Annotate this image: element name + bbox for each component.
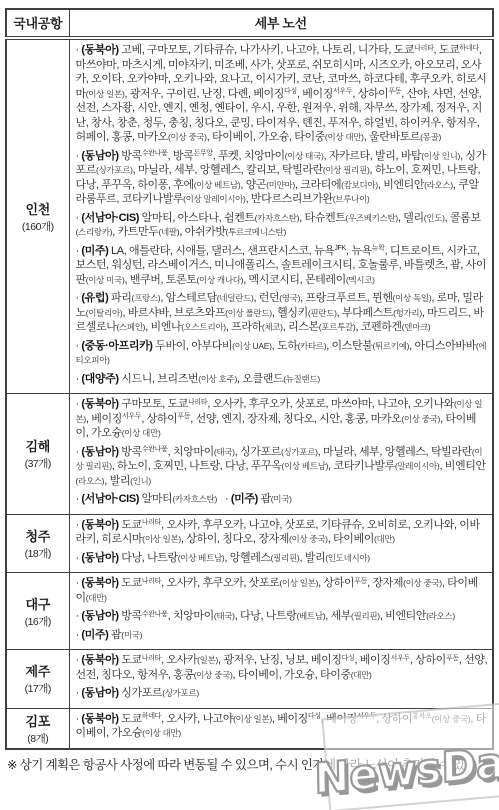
route-line: · (서남아·CIS) 알마티, 아스타나, 쉼켄트(카자흐스탄), 타슈켄트(… [76,211,489,240]
header-row: 국내공항 세부 노선 [6,9,493,38]
table-row: 인천(160개)· (동북아) 고베, 구마모토, 기타큐슈, 나가사키, 나고… [6,38,493,394]
airport-route-count: (160개) [8,219,68,234]
route-line: · (서남아·CIS) 알마티(카자흐스탄) · (미주) 괌(미국) [76,492,489,507]
route-line: · (미주) LA, 애틀란타, 시애틀, 댈러스, 샌프란시스코, 뉴욕JFK… [76,244,489,288]
column-header-domestic-airport: 국내공항 [6,9,69,38]
airport-route-count: (18개) [8,546,68,561]
routes-cell: · (동북아) 도쿄나리타, 오사카, 후쿠오카, 삿포로(이상 일본), 상하… [69,573,493,650]
airport-cell: 김포(8개) [6,708,69,749]
airport-name: 청주 [8,526,68,545]
route-line: · (미주) 괌(미국) [76,628,489,643]
airport-name: 대구 [8,594,68,613]
column-header-detailed-routes: 세부 노선 [69,9,493,38]
table-row: 청주(18개)· (동북아) 도쿄나리타, 오사카, 후쿠오카, 나고야, 삿포… [6,514,493,573]
route-line: · (동남아) 싱가포르(싱가포르) [76,686,489,701]
table-row: 제주(17개)· (동북아) 도쿄나리타, 오사카(일본), 광저우, 난징, … [6,650,493,709]
route-line: · (동남아) 방콕수완나품, 치앙마이(태국), 싱가포르(싱가포르), 마닐… [76,445,489,489]
route-line: · (유럽) 파리(프랑스), 암스테르담(네덜란드), 런던(영국), 프랑크… [76,291,489,335]
route-line: · (동북아) 구마모토, 도쿄나리타, 오사카, 후쿠오카, 삿포로, 마쓰야… [76,397,489,441]
route-line: · (동북아) 도쿄나리타, 오사카, 후쿠오카, 나고야, 삿포로, 기타큐슈… [76,518,489,547]
airport-name: 인천 [8,199,68,218]
routes-cell: · (동북아) 고베, 구마모토, 기타큐슈, 나가사키, 나고야, 나토리, … [69,38,493,394]
route-line: · (동북아) 고베, 구마모토, 기타큐슈, 나가사키, 나고야, 나토리, … [76,43,489,145]
airport-route-count: (37개) [8,456,68,471]
table-body: 인천(160개)· (동북아) 고베, 구마모토, 기타큐슈, 나가사키, 나고… [6,38,493,749]
airport-routes-table: 국내공항 세부 노선 인천(160개)· (동북아) 고베, 구마모토, 기타큐… [5,8,494,750]
airport-name: 제주 [8,661,68,680]
airport-route-count: (8개) [8,731,68,746]
table-row: 김해(37개)· (동북아) 구마모토, 도쿄나리타, 오사카, 후쿠오카, 삿… [6,394,493,515]
route-line: · (동남아) 다낭, 나트랑(이상 베트남), 앙헬레스(필리핀), 발리(인… [76,551,489,566]
route-line: · (중동·아프리카) 두바이, 아부다비(이상 UAE), 도하(카타르), … [76,339,489,368]
airport-cell: 김해(37개) [6,394,69,515]
airport-cell: 인천(160개) [6,38,69,394]
airport-route-count: (17개) [8,681,68,696]
airport-route-count: (16개) [8,614,68,629]
airport-cell: 대구(16개) [6,573,69,650]
routes-cell: · (동북아) 구마모토, 도쿄나리타, 오사카, 후쿠오카, 삿포로, 마쓰야… [69,394,493,515]
airport-cell: 청주(18개) [6,514,69,573]
route-line: · (동북아) 도쿄나리타, 오사카, 후쿠오카, 삿포로(이상 일본), 상하… [76,576,489,605]
route-line: · (동남아) 방콕수완나품, 방콕돈무앙, 푸켓, 치앙마이(이상 태국), … [76,149,489,207]
airport-name: 김포 [8,711,68,730]
routes-cell: · (동북아) 도쿄나리타, 오사카(일본), 광저우, 난징, 닝보, 베이징… [69,650,493,709]
route-line: · (동북아) 도쿄나리타, 오사카(일본), 광저우, 난징, 닝보, 베이징… [76,653,489,682]
airport-cell: 제주(17개) [6,650,69,709]
routes-cell: · (동북아) 도쿄나리타, 오사카, 후쿠오카, 나고야, 삿포로, 기타큐슈… [69,514,493,573]
route-line: · (동남아) 방콕수완나품, 치앙마이(태국), 다낭, 나트랑(베트남), … [76,609,489,624]
route-line: · (대양주) 시드니, 브리즈번(이상 호주), 오클랜드(뉴질랜드) [76,372,489,387]
table-row: 대구(16개)· (동북아) 도쿄나리타, 오사카, 후쿠오카, 삿포로(이상 … [6,573,493,650]
airport-name: 김해 [8,436,68,455]
